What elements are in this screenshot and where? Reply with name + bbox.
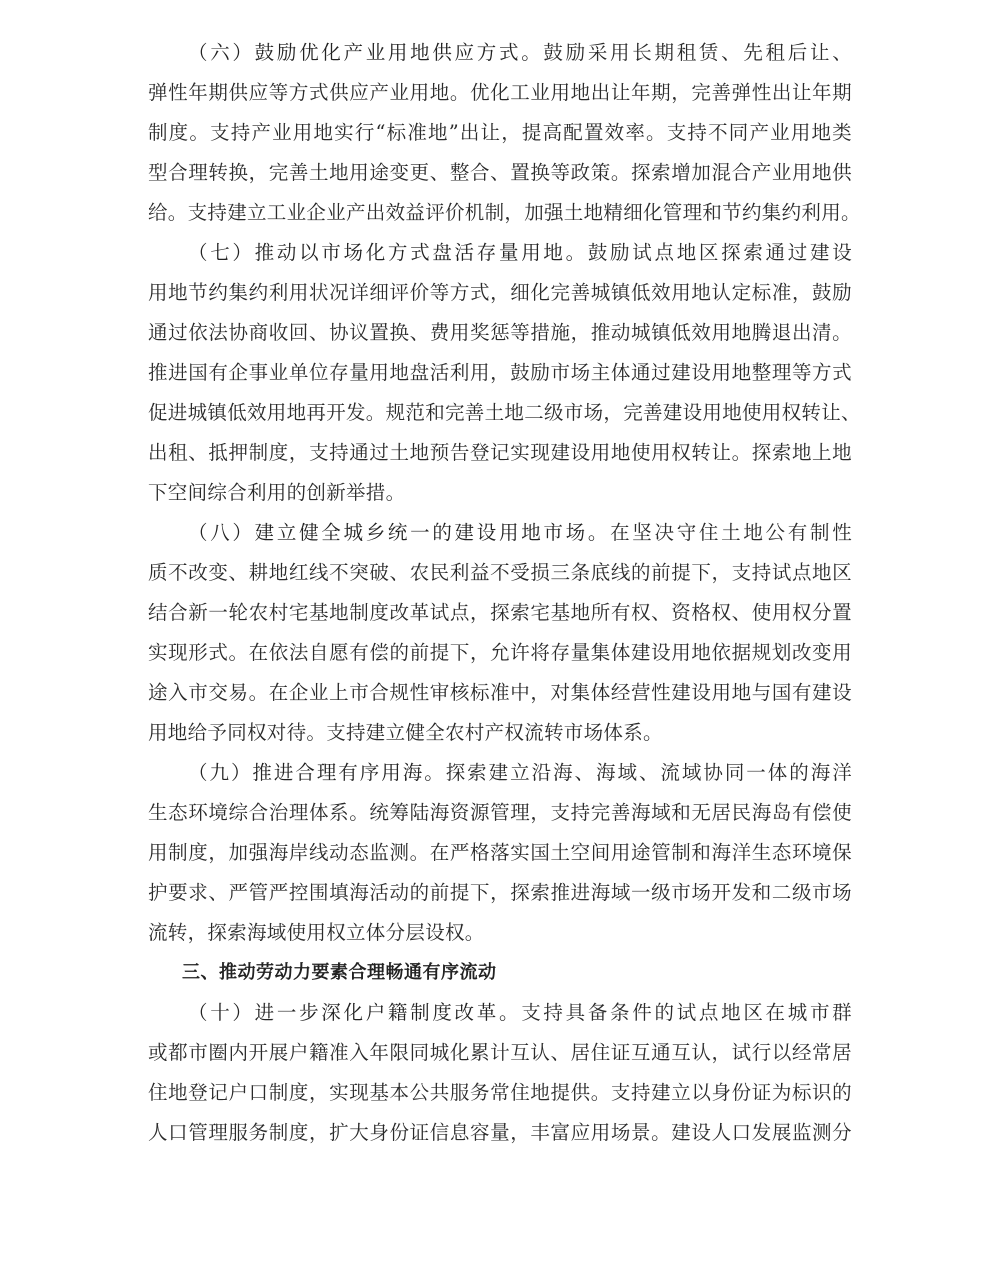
paragraph-line: 制度。支持产业用地实行“标准地”出让，提高配置效率。支持不同产业用地类 xyxy=(148,113,852,153)
paragraph-line: （七）推动以市场化方式盘活存量用地。鼓励试点地区探索通过建设 xyxy=(148,233,852,273)
paragraph-line: 通过依法协商收回、协议置换、费用奖惩等措施，推动城镇低效用地腾退出清。 xyxy=(148,313,852,353)
paragraph-8: （八）建立健全城乡统一的建设用地市场。在坚决守住土地公有制性 质不改变、耕地红线… xyxy=(148,513,852,753)
paragraph-line: 住地登记户口制度，实现基本公共服务常住地提供。支持建立以身份证为标识的 xyxy=(148,1073,852,1113)
paragraph-line: 实现形式。在依法自愿有偿的前提下，允许将存量集体建设用地依据规划改变用 xyxy=(148,633,852,673)
paragraph-line: 给。支持建立工业企业产出效益评价机制，加强土地精细化管理和节约集约利用。 xyxy=(148,193,852,233)
paragraph-line: 生态环境综合治理体系。统筹陆海资源管理，支持完善海域和无居民海岛有偿使 xyxy=(148,793,852,833)
paragraph-line: 结合新一轮农村宅基地制度改革试点，探索宅基地所有权、资格权、使用权分置 xyxy=(148,593,852,633)
paragraph-line: 用制度，加强海岸线动态监测。在严格落实国土空间用途管制和海洋生态环境保 xyxy=(148,833,852,873)
paragraph-heading: （八）建立健全城乡统一的建设用地市场。 xyxy=(188,521,610,544)
paragraph-line: 下空间综合利用的创新举措。 xyxy=(148,473,852,513)
paragraph-heading: （九）推进合理有序用海。 xyxy=(188,761,446,784)
paragraph-line: （九）推进合理有序用海。探索建立沿海、海域、流域协同一体的海洋 xyxy=(148,753,852,793)
paragraph-line: 促进城镇低效用地再开发。规范和完善土地二级市场，完善建设用地使用权转让、 xyxy=(148,393,852,433)
paragraph-line: 流转，探索海域使用权立体分层设权。 xyxy=(148,913,852,953)
paragraph-6: （六）鼓励优化产业用地供应方式。鼓励采用长期租赁、先租后让、 弹性年期供应等方式… xyxy=(148,33,852,233)
paragraph-10: （十）进一步深化户籍制度改革。支持具备条件的试点地区在城市群 或都市圈内开展户籍… xyxy=(148,993,852,1153)
paragraph-9: （九）推进合理有序用海。探索建立沿海、海域、流域协同一体的海洋 生态环境综合治理… xyxy=(148,753,852,953)
paragraph-line: 型合理转换，完善土地用途变更、整合、置换等政策。探索增加混合产业用地供 xyxy=(148,153,852,193)
paragraph-line: 质不改变、耕地红线不突破、农民利益不受损三条底线的前提下，支持试点地区 xyxy=(148,553,852,593)
paragraph-line: （八）建立健全城乡统一的建设用地市场。在坚决守住土地公有制性 xyxy=(148,513,852,553)
paragraph-line: 用地节约集约利用状况详细评价等方式，细化完善城镇低效用地认定标准，鼓励 xyxy=(148,273,852,313)
paragraph-line: 用地给予同权对待。支持建立健全农村产权流转市场体系。 xyxy=(148,713,852,753)
paragraph-line: 或都市圈内开展户籍准入年限同城化累计互认、居住证互通互认，试行以经常居 xyxy=(148,1033,852,1073)
paragraph-heading: （十）进一步深化户籍制度改革。 xyxy=(188,1001,521,1024)
paragraph-line: 弹性年期供应等方式供应产业用地。优化工业用地出让年期，完善弹性出让年期 xyxy=(148,73,852,113)
paragraph-line: 推进国有企事业单位存量用地盘活利用，鼓励市场主体通过建设用地整理等方式 xyxy=(148,353,852,393)
paragraph-line: 人口管理服务制度，扩大身份证信息容量，丰富应用场景。建设人口发展监测分 xyxy=(148,1113,852,1153)
paragraph-heading: （六）鼓励优化产业用地供应方式。 xyxy=(188,41,543,64)
paragraph-line: 途入市交易。在企业上市合规性审核标准中，对集体经营性建设用地与国有建设 xyxy=(148,673,852,713)
paragraph-7: （七）推动以市场化方式盘活存量用地。鼓励试点地区探索通过建设 用地节约集约利用状… xyxy=(148,233,852,513)
paragraph-line: 出租、抵押制度，支持通过土地预告登记实现建设用地使用权转让。探索地上地 xyxy=(148,433,852,473)
document-page: （六）鼓励优化产业用地供应方式。鼓励采用长期租赁、先租后让、 弹性年期供应等方式… xyxy=(148,33,852,1153)
paragraph-line: （六）鼓励优化产业用地供应方式。鼓励采用长期租赁、先租后让、 xyxy=(148,33,852,73)
section-heading: 三、推动劳动力要素合理畅通有序流动 xyxy=(148,953,852,993)
paragraph-heading: （七）推动以市场化方式盘活存量用地。 xyxy=(188,241,588,264)
paragraph-line: （十）进一步深化户籍制度改革。支持具备条件的试点地区在城市群 xyxy=(148,993,852,1033)
paragraph-line: 护要求、严管严控围填海活动的前提下，探索推进海域一级市场开发和二级市场 xyxy=(148,873,852,913)
